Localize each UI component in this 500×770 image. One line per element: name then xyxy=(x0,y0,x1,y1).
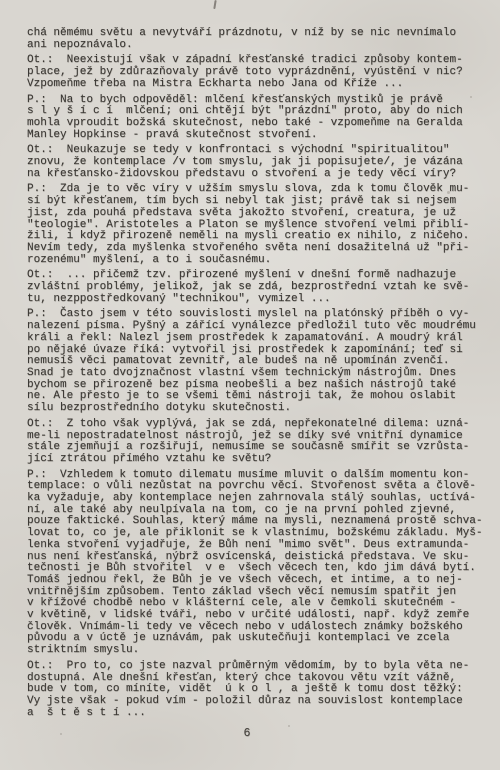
paragraph: chá němému světu a nevytváří prázdnotu, … xyxy=(27,28,489,51)
paragraph: P.: Často jsem v této souvislosti myslel… xyxy=(27,309,489,414)
paragraph: P.: Vzhledem k tomuto dilematu musíme ml… xyxy=(27,470,489,657)
page-text: chá němému světu a nevytváří prázdnotu, … xyxy=(27,28,489,723)
paragraph: P.: Zda je to věc víry v užším smyslu sl… xyxy=(27,184,489,266)
paragraph: P.: Na to bych odpověděl: mlčení křesťan… xyxy=(27,95,489,142)
paragraph: Ot.: Pro to, co jste nazval průměrným vě… xyxy=(27,661,489,720)
paragraph: Ot.: Neexistují však v západní křesťansk… xyxy=(27,55,489,90)
page-number: 6 xyxy=(0,727,494,740)
scan-artifact-mark xyxy=(213,0,216,9)
scanned-page: chá němému světu a nevytváří prázdnotu, … xyxy=(0,0,500,770)
paragraph: Ot.: Neukazuje se tedy v konfrontaci s v… xyxy=(27,145,489,180)
paragraph: Ot.: Z toho však vyplývá, jak se zdá, ne… xyxy=(27,419,489,466)
paragraph: Ot.: ... přičemž tzv. přirozené myšlení … xyxy=(27,270,489,305)
